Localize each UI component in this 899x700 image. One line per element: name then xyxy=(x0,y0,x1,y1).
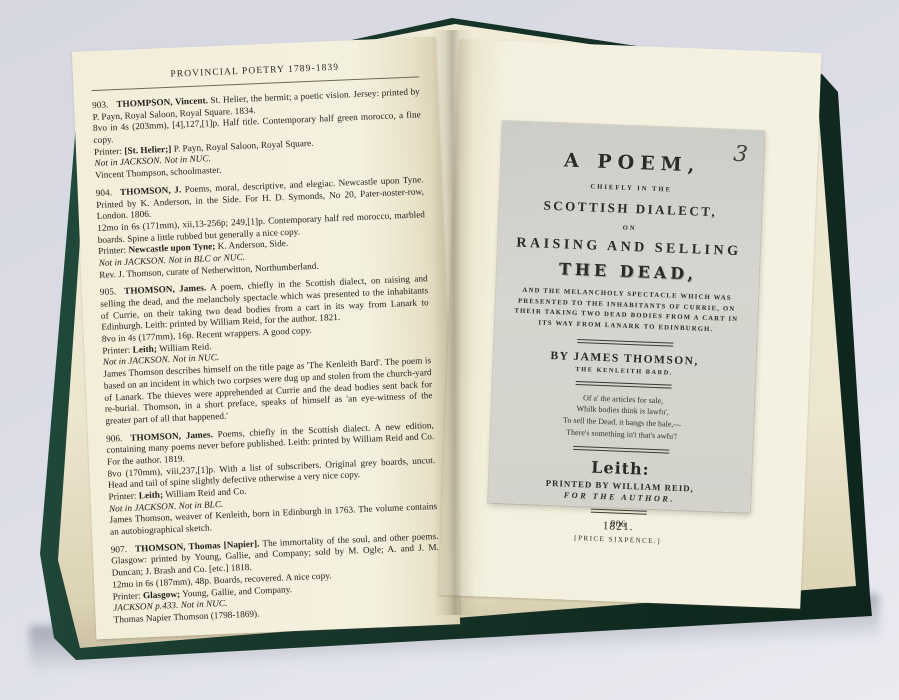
plate-subtitle: AND THE MELANCHOLY SPECTACLE WHICH WAS P… xyxy=(510,285,742,337)
left-page-text: PROVINCIAL POETRY 1789-1839 903.THOMPSON… xyxy=(72,37,460,640)
printer-label: Printer: xyxy=(102,344,133,355)
running-header: PROVINCIAL POETRY 1789-1839 xyxy=(91,59,419,83)
right-page: 3 A POEM, CHIEFLY IN THE SCOTTISH DIALEC… xyxy=(438,39,821,608)
entry-number: 907. xyxy=(111,544,128,555)
left-page: PROVINCIAL POETRY 1789-1839 903.THOMPSON… xyxy=(72,37,460,640)
plate-rule xyxy=(577,339,673,347)
printer-label: Printer: xyxy=(108,490,139,501)
entry-number: 904. xyxy=(96,187,113,198)
entry-907: 907.THOMSON, Thomas [Napier]. The immort… xyxy=(111,531,442,626)
plate-epigraph-verse: Of a' the articles for sale, Whilk bodie… xyxy=(491,389,755,445)
printer-place: [St. Helier;] xyxy=(124,144,171,156)
plate-the-dead-line: THE DEAD, xyxy=(497,257,760,286)
printer-place: Leith; xyxy=(139,489,164,500)
entry-903: 903.THOMPSON, Vincent. St. Helier, the h… xyxy=(92,86,423,181)
entry-author: THOMSON, J. xyxy=(120,184,182,197)
handwritten-folio-number: 3 xyxy=(732,141,749,167)
plate-title: A POEM, xyxy=(501,121,765,179)
plate-rule xyxy=(573,446,669,454)
printer-rest: William Reid and Co. xyxy=(163,486,247,499)
printer-place: Leith; xyxy=(132,343,157,354)
entry-note: James Thomson describes himself on the t… xyxy=(103,355,433,427)
plate-rule xyxy=(576,381,672,389)
plate-dialect-line: SCOTTISH DIALECT, xyxy=(499,196,761,222)
printer-rest: William Reid. xyxy=(157,341,212,353)
printer-rest: K. Anderson, Side. xyxy=(215,238,288,251)
entry-906: 906.THOMSON, James. Poems, chiefly in th… xyxy=(106,420,438,539)
entry-number: 903. xyxy=(92,99,109,110)
entry-905: 905.THOMSON, James. A poem, chiefly in t… xyxy=(100,273,434,427)
entry-904: 904.THOMSON, J. Poems, moral, descriptiv… xyxy=(96,174,428,281)
printer-label: Printer: xyxy=(98,245,129,256)
plate-on-line: ON xyxy=(499,220,761,237)
plate-rule xyxy=(591,509,647,515)
bibliography-entries: 903.THOMPSON, Vincent. St. Helier, the h… xyxy=(92,86,442,626)
printer-label: Printer: xyxy=(94,146,125,157)
plate-raising-line: RAISING AND SELLING xyxy=(498,235,760,261)
printer-place: Glasgow; xyxy=(143,588,181,600)
facsimile-title-page: 3 A POEM, CHIEFLY IN THE SCOTTISH DIALEC… xyxy=(488,121,764,513)
entry-number: 906. xyxy=(106,433,123,444)
plate-chiefly-line: CHIEFLY IN THE xyxy=(500,180,762,197)
entry-number: 905. xyxy=(100,287,117,298)
printer-label: Printer: xyxy=(112,590,143,601)
